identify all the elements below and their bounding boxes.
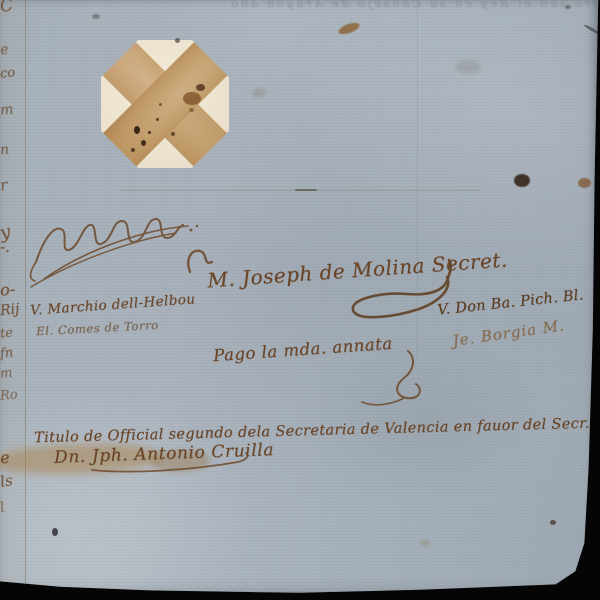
stain bbox=[131, 148, 135, 152]
note-media-annata: Pago la mda. annata bbox=[213, 334, 394, 365]
manuscript-page: nro sen el Rey en su Consejo de Aragon a… bbox=[0, 0, 600, 600]
stain bbox=[578, 178, 591, 188]
margin-fragment: e bbox=[0, 448, 10, 468]
stain bbox=[183, 92, 201, 105]
signature-borgia: Je. Borgia M. bbox=[451, 316, 565, 350]
stain bbox=[171, 132, 175, 136]
viceroy-rubric-flourish bbox=[44, 226, 188, 279]
margin-fragment: te bbox=[0, 325, 14, 341]
crease-ink-dash bbox=[295, 189, 317, 191]
viceroy-rubric-flourish bbox=[31, 262, 36, 281]
margin-fragment: o- bbox=[0, 279, 16, 299]
stain bbox=[92, 14, 100, 19]
margin-fragment: n bbox=[0, 142, 10, 159]
photo-background: nro sen el Rey en su Consejo de Aragon a… bbox=[0, 0, 600, 600]
margin-fragment: m bbox=[0, 101, 14, 118]
octagonal-seal bbox=[101, 40, 229, 168]
stain bbox=[565, 5, 571, 9]
stain bbox=[175, 38, 180, 43]
stain bbox=[141, 140, 146, 146]
stain bbox=[455, 60, 481, 74]
viceroy-rubric-flourish bbox=[36, 219, 183, 262]
show-through-ghost-text: nro sen el Rey en su Consejo de Aragon a… bbox=[60, 0, 600, 10]
margin-fragment: co bbox=[0, 65, 16, 81]
signature-marchio-line1: V. Marchio dell-Helbou bbox=[30, 291, 196, 319]
docket-title-line: Titulo de Official segundo dela Secretar… bbox=[34, 416, 590, 447]
stain bbox=[189, 108, 194, 112]
stain bbox=[52, 528, 58, 536]
stain bbox=[196, 84, 205, 91]
stain bbox=[337, 21, 361, 37]
vertical-crease bbox=[417, 0, 418, 360]
margin-fragment: -. bbox=[0, 238, 10, 256]
margin-fragment: Ro bbox=[0, 387, 18, 403]
viceroy-rubric-flourish bbox=[31, 233, 176, 287]
stain bbox=[134, 126, 140, 134]
margin-fragment: ls bbox=[0, 471, 14, 491]
stain bbox=[252, 88, 266, 98]
margin-fragment: m bbox=[0, 365, 13, 381]
stain bbox=[583, 24, 600, 36]
stain bbox=[156, 118, 159, 121]
stain bbox=[550, 520, 556, 525]
margin-fragment: fn bbox=[0, 345, 14, 361]
stain bbox=[514, 174, 530, 187]
stain bbox=[420, 540, 430, 546]
stain bbox=[159, 103, 162, 106]
stain bbox=[148, 131, 151, 134]
seal-cross-arm bbox=[97, 37, 232, 172]
signature-marchio-line2: El. Comes de Torro bbox=[36, 318, 159, 338]
margin-fragment: Rij bbox=[0, 301, 20, 319]
signature-molina: M. Joseph de Molina Secret. bbox=[207, 248, 509, 293]
annata-flourish bbox=[362, 398, 404, 405]
signature-don-b: V. Don Ba. Pich. Bl. bbox=[437, 287, 585, 318]
